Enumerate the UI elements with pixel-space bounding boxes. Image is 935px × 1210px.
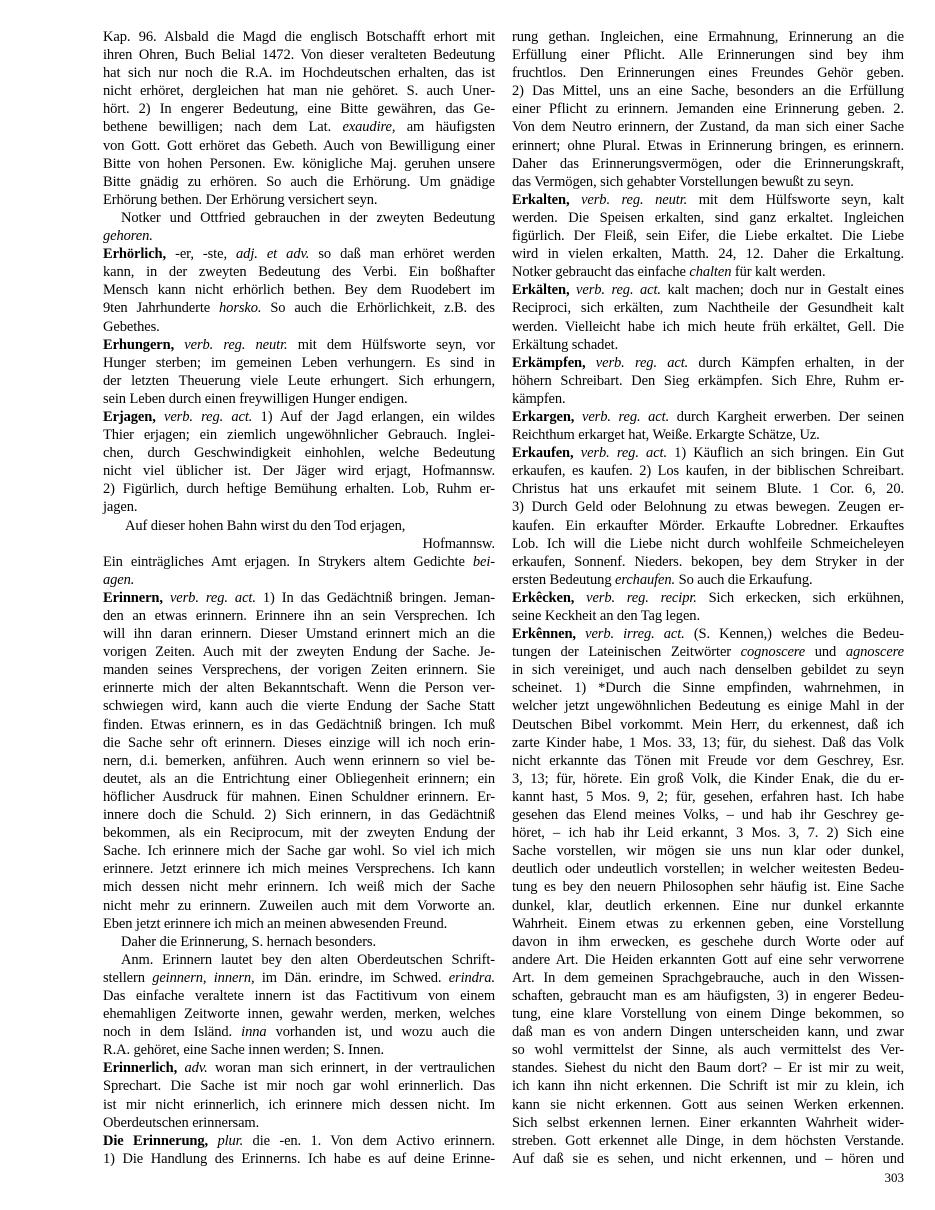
entry-headword: Erkênnen,: [512, 626, 576, 642]
text-line: Die Erinnerung, plur. die -en. 1. Von de…: [103, 1132, 495, 1150]
text-line: Christus hat uns erkaufet mit seinem Blu…: [512, 480, 904, 498]
text-line: deutlich oder undeutlich vorstellen; in …: [512, 860, 904, 878]
entry-headword: Erkaufen,: [512, 445, 574, 461]
italic-term: adv.: [185, 1060, 208, 1076]
italic-term: plur.: [217, 1133, 243, 1149]
italic-term: verb. reg. act.: [164, 409, 252, 425]
text-line: Erkaufen, verb. reg. act. 1) Käuflich an…: [512, 444, 904, 462]
text-line: ehemahligen Zeitworte innen, gewahr werd…: [103, 1005, 495, 1023]
text-line: Von dem Neutro erinnern, der Zustand, da…: [512, 118, 904, 136]
italic-term: verb. reg. recipr.: [586, 590, 697, 606]
entry-headword: Erkêcken,: [512, 590, 574, 606]
italic-term: cognoscere: [741, 644, 806, 660]
text-line: wird in vielen erkalten, Matth. 24, 12. …: [512, 245, 904, 263]
text-line: Erfüllung einer Pflicht. Alle Erinnerung…: [512, 46, 904, 64]
text-line: 3, 13; für, hörete. Ein groß Volk, die K…: [512, 770, 904, 788]
text-line: Ein einträgliches Amt erjagen. In Stryke…: [103, 553, 495, 571]
text-line: innere doch die Schuld. 2) Sich erinnern…: [103, 806, 495, 824]
entry-headword: Erkämpfen,: [512, 355, 586, 371]
entry-headword: Erhörlich,: [103, 246, 166, 262]
entry-headword: Erkalten,: [512, 192, 570, 208]
text-line: Oberdeutschen erinnersam.: [103, 1114, 495, 1132]
text-line: tung, eine klare Vorstellung von einem D…: [512, 1005, 904, 1023]
text-line: Erjagen, verb. reg. act. 1) Auf der Jagd…: [103, 408, 495, 426]
text-line: in sich vereiniget, und auch nach densel…: [512, 661, 904, 679]
text-line: 1) Die Handlung des Erinnerns. Ich habe …: [103, 1150, 495, 1168]
entry-headword: Erkargen,: [512, 409, 574, 425]
text-line: kaufen. Ein erkaufter Mörder. Erkaufte L…: [512, 517, 904, 535]
entry-headword: Die Erinnerung,: [103, 1133, 208, 1149]
text-line: Wahrheit. Einem etwas zu erkennen geben,…: [512, 915, 904, 933]
text-line: bekommen, als ein Reciprocum, mit der zw…: [103, 824, 495, 842]
italic-term: chalten: [689, 264, 731, 280]
italic-term: bei-: [473, 554, 495, 570]
text-line: Anm. Erinnern lautet bey den alten Oberd…: [103, 951, 495, 969]
text-line: Erkälten, verb. reg. act. kalt machen; d…: [512, 281, 904, 299]
text-line: sein Leben durch einen freywilligen Hung…: [103, 390, 495, 408]
italic-term: gehoren.: [103, 228, 153, 244]
entry-headword: Erhungern,: [103, 337, 174, 353]
text-line: Sprechart. Die Sache ist mir noch gar wo…: [103, 1077, 495, 1095]
dictionary-page: Kap. 96. Alsbald die Magd die englisch B…: [0, 0, 935, 1210]
text-line: erinnert; ohne Plural. Etwas in Erinneru…: [512, 137, 904, 155]
text-line: dunkel, klar, deutlich erkennen. Eine nu…: [512, 897, 904, 915]
text-line: höret, – ich hab ihr Leid erkannt, 3 Mos…: [512, 824, 904, 842]
text-line: stellern geinnern, innern, im Dän. erind…: [103, 969, 495, 987]
entry-headword: Erkälten,: [512, 282, 570, 298]
text-line: Reciproci, sich erkälten, zum Nachtheile…: [512, 299, 904, 317]
text-line: will ihn daran erinnern. Dieser Umstand …: [103, 625, 495, 643]
text-line: so wohl vermittelst der Sinne, als auch …: [512, 1041, 904, 1059]
text-line: Notker gebraucht das einfache chalten fü…: [512, 263, 904, 281]
text-line: mich dessen nicht mehr erinnern. Ich wei…: [103, 878, 495, 896]
text-line: Daher das Erinnerungsvermögen, oder die …: [512, 155, 904, 173]
text-line: gesehen das Elend meines Volks, – und ha…: [512, 806, 904, 824]
text-line: 2) Das Mittel, uns an eine Sache, besond…: [512, 82, 904, 100]
text-line: die Sache sehr oft erinnern. Dieses einz…: [103, 734, 495, 752]
text-line: schaften, gebraucht man es am häufigsten…: [512, 987, 904, 1005]
text-line: kann, in der zweyten Bedeutung des Verbi…: [103, 263, 495, 281]
italic-term: verb. irreg. act.: [585, 626, 685, 642]
text-line: nicht erhöret, dergleichen hat man nie g…: [103, 82, 495, 100]
text-line: Hofmannsw.: [103, 535, 495, 553]
text-line: Das einfache veraltete innern ist das Fa…: [103, 987, 495, 1005]
italic-term: verb. reg. act.: [170, 590, 256, 606]
text-line: tung es bey den neuern Philosophen sehr …: [512, 878, 904, 896]
page-number: 303: [512, 1170, 904, 1186]
text-line: Eben jetzt erinnere ich mich an meinen a…: [103, 915, 495, 933]
italic-term: agen.: [103, 572, 134, 588]
text-line: höflicher Ausdruck für mahnen. Einen Sch…: [103, 788, 495, 806]
entry-headword: Erinnern,: [103, 590, 163, 606]
text-line: fruchtlos. Den Erinnerungen eines Freund…: [512, 64, 904, 82]
italic-term: verb. reg. act.: [576, 282, 661, 298]
text-line: den an etwas erinnern. Erinnere ihn an s…: [103, 607, 495, 625]
text-line: Erkêcken, verb. reg. recipr. Sich erkeck…: [512, 589, 904, 607]
text-line: Sache. Ich erinnere mich der Sache gar w…: [103, 842, 495, 860]
text-line: Erhörung bethen. Der Erhörung versichert…: [103, 191, 495, 209]
text-line: schwiegen wird, kann auch die vierte End…: [103, 697, 495, 715]
italic-term: erindra.: [449, 970, 495, 986]
text-line: ihren Ohren, Buch Belial 1472. Von diese…: [103, 46, 495, 64]
text-line: Erhörlich, -er, -ste, adj. et adv. so da…: [103, 245, 495, 263]
italic-term: verb. reg. neutr.: [184, 337, 287, 353]
entry-headword: Erinnerlich,: [103, 1060, 177, 1076]
text-line: kämpfen.: [512, 390, 904, 408]
italic-term: geinnern, innern,: [152, 970, 254, 986]
text-line: Gebethes.: [103, 318, 495, 336]
text-line: Erkämpfen, verb. reg. act. durch Kämpfen…: [512, 354, 904, 372]
entry-headword: Erjagen,: [103, 409, 156, 425]
text-line: Erinnerlich, adv. woran man sich erinner…: [103, 1059, 495, 1077]
text-line: Sache vorstellen, wir mögen sie uns nun …: [512, 842, 904, 860]
text-line: daß man es von andern Dingen unterscheid…: [512, 1023, 904, 1041]
text-line: kannt hast, 5 Mos. 9, 2; für, gesehen, e…: [512, 788, 904, 806]
italic-term: agnoscere: [846, 644, 904, 660]
text-line: ist mir nicht erinnerlich, ich erinnere …: [103, 1096, 495, 1114]
text-line: Daher die Erinnerung, S. hernach besonde…: [103, 933, 495, 951]
italic-term: verb. reg. act.: [581, 445, 667, 461]
text-line: werden. Die Speisen erkalten, sind ganz …: [512, 209, 904, 227]
text-line: Erkältung schadet.: [512, 336, 904, 354]
text-line: welcher jetzt ungewöhnlichen Bedeutung e…: [512, 697, 904, 715]
text-line: finden. Etwas erinnern, es in das Gedäch…: [103, 716, 495, 734]
text-line: Erkargen, verb. reg. act. durch Kargheit…: [512, 408, 904, 426]
text-line: Auf daß sie es sehen, und nicht erkennen…: [512, 1150, 904, 1168]
italic-term: erchaufen.: [615, 572, 675, 588]
text-line: ersten Bedeutung erchaufen. So auch die …: [512, 571, 904, 589]
text-line: 3) Durch Geld oder Belohnung zu etwas be…: [512, 498, 904, 516]
text-line: erkaufen, es kaufen. 2) Los kaufen, in d…: [512, 462, 904, 480]
text-line: Thier erjagen; ein ziemlich ungewöhnlich…: [103, 426, 495, 444]
text-line: Erkalten, verb. reg. neutr. mit dem Hülf…: [512, 191, 904, 209]
text-line: scheinet. 1) *Durch die Sinne empfinden,…: [512, 679, 904, 697]
text-line: figürlich. Der Fleiß, sein Eifer, die Li…: [512, 227, 904, 245]
text-line: vorigen Zeiten. Auch mit der zweyten End…: [103, 643, 495, 661]
text-line: zarte Kinder habe, 1 Mos. 33, 13; für, d…: [512, 734, 904, 752]
text-line: 2) Figürlich, durch heftige Bemühung erh…: [103, 480, 495, 498]
text-line: hat sich nur noch die R.A. im Hochdeutsc…: [103, 64, 495, 82]
text-line: das Vermögen, sich gehabter Vorstellunge…: [512, 173, 904, 191]
text-line: Reichthum erkarget hat, Weiße. Erkargte …: [512, 426, 904, 444]
text-line: andere Art. Die Heiden erkannten Gott au…: [512, 951, 904, 969]
text-line: Sich selbst erkennen lernen. Einer erkan…: [512, 1114, 904, 1132]
text-line: Notker und Ottfried gebrauchen in der zw…: [103, 209, 495, 227]
text-line: erkaufen, Sonnenf. Nieders. bekopen, bey…: [512, 553, 904, 571]
italic-term: verb. reg. act.: [596, 355, 688, 371]
italic-term: horsko.: [219, 300, 261, 316]
text-line: chen, durch Geschwindigkeit einhohlen, w…: [103, 444, 495, 462]
text-line: jagen.: [103, 498, 495, 516]
text-line: Art. In dem gemeinen Sprachgebrauche, au…: [512, 969, 904, 987]
text-line: erinnere. Jetzt erinnere ich mich meines…: [103, 860, 495, 878]
text-line: bethene bewilligen; nach dem Lat. exaudi…: [103, 118, 495, 136]
text-line: 9ten Jahrhunderte horsko. So auch die Er…: [103, 299, 495, 317]
text-line: Bitte von hohen Personen. Ew. königliche…: [103, 155, 495, 173]
text-line: Mensch kann nicht erhörlich bethen. Bey …: [103, 281, 495, 299]
text-line: streben. Gott erkennet alle Dinge, in de…: [512, 1132, 904, 1150]
text-line: hört. 2) In engerer Bedeutung, eine Bitt…: [103, 100, 495, 118]
text-line: Auf dieser hohen Bahn wirst du den Tod e…: [103, 517, 495, 535]
text-line: davon in ihm erwecken, es geschehe durch…: [512, 933, 904, 951]
text-line: gehoren.: [103, 227, 495, 245]
text-line: erinnerte mich der alten Bekanntschaft. …: [103, 679, 495, 697]
text-line: höhern Schreibart. Den Sieg erkämpfen. S…: [512, 372, 904, 390]
italic-term: exaudire,: [342, 119, 395, 135]
text-line: Kap. 96. Alsbald die Magd die englisch B…: [103, 28, 495, 46]
text-line: der letzten Theuerung viele Leute erhung…: [103, 372, 495, 390]
text-line: Hunger sterben; im gemeinen Leben verhun…: [103, 354, 495, 372]
text-line: Erkênnen, verb. irreg. act. (S. Kennen,)…: [512, 625, 904, 643]
text-line: R.A. gehöret, eine Sache innen werden; S…: [103, 1041, 495, 1059]
text-line: nicht viel üblicher ist. Der Jäger wird …: [103, 462, 495, 480]
text-line: kann sie nicht erkennen. Gott aus seinen…: [512, 1096, 904, 1114]
text-line: manden seines Versprechens, der vorigen …: [103, 661, 495, 679]
text-line: rung gethan. Ingleichen, eine Ermahnung,…: [512, 28, 904, 46]
text-line: ich kann ihn nicht erkennen. Die Schrift…: [512, 1077, 904, 1095]
text-line: Lob. Ich will die Liebe nicht durch wohl…: [512, 535, 904, 553]
italic-term: inna: [241, 1024, 266, 1040]
italic-term: verb. reg. neutr.: [581, 192, 687, 208]
text-line: noch in dem Isländ. inna vorhanden ist, …: [103, 1023, 495, 1041]
right-column: rung gethan. Ingleichen, eine Ermahnung,…: [512, 28, 904, 1168]
text-line: deutet, als an die Entrichtung einer Obl…: [103, 770, 495, 788]
text-line: nicht erkannte das Tönen mit Freude vor …: [512, 752, 904, 770]
text-line: standes. Siehest du nicht den Baum dort?…: [512, 1059, 904, 1077]
text-line: Bitte gnädig zu erhören. So auch die Erh…: [103, 173, 495, 191]
text-line: Erhungern, verb. reg. neutr. mit dem Hül…: [103, 336, 495, 354]
text-line: werden. Vielleicht habe ich mich heute f…: [512, 318, 904, 336]
text-line: agen.: [103, 571, 495, 589]
text-line: Deutschen Bibel vorkommt. Mein Herr, du …: [512, 716, 904, 734]
text-line: einer Pflicht zu erinnern. Jemanden eine…: [512, 100, 904, 118]
italic-term: verb. reg. act.: [582, 409, 669, 425]
text-line: tungen der Lateinischen Zeitwörter cogno…: [512, 643, 904, 661]
italic-term: adj. et adv.: [236, 246, 309, 262]
left-column: Kap. 96. Alsbald die Magd die englisch B…: [103, 28, 495, 1168]
text-line: Erinnern, verb. reg. act. 1) In das Gedä…: [103, 589, 495, 607]
text-line: von Gott. Gott erhöret das Gebeth. Auch …: [103, 137, 495, 155]
text-line: nicht mehr zu erinnern. Zuweilen auch mi…: [103, 897, 495, 915]
text-line: seine Keckheit an den Tag legen.: [512, 607, 904, 625]
text-line: nern, d.i. bemerken, anführen. Auch wenn…: [103, 752, 495, 770]
